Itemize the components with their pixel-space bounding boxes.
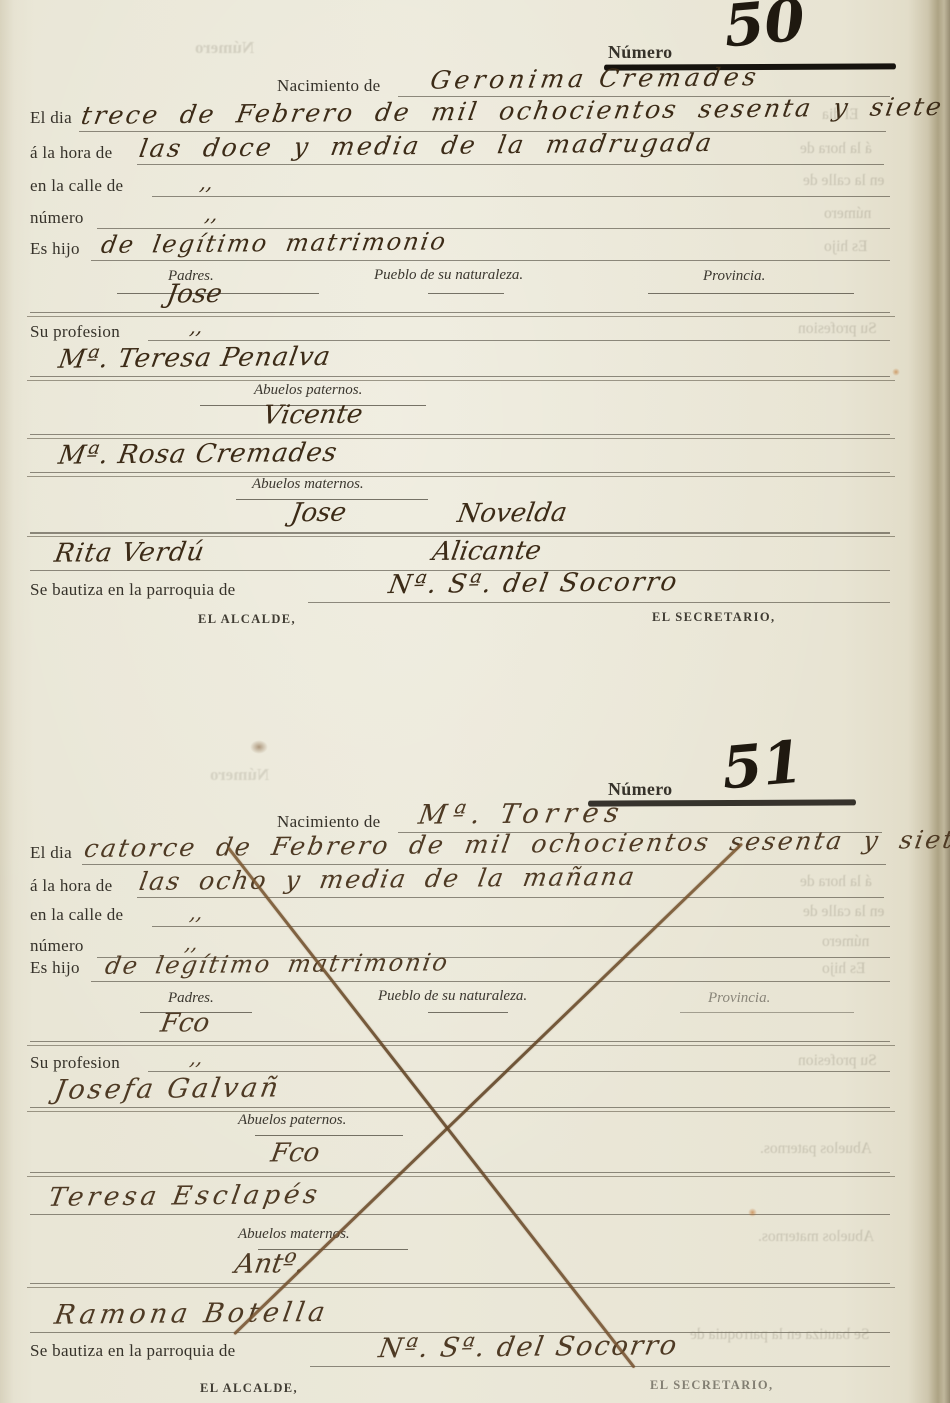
- showthrough-es-hijo: Es hijo: [822, 960, 866, 978]
- parroquia-handwriting: Nª. Sª. del Socorro: [310, 1332, 680, 1366]
- madre-handwriting: Josefa Galvañ: [30, 1074, 283, 1107]
- birth-record-51: Número 51 Nacimiento de Mª. Torres El di…: [0, 0, 950, 1403]
- nacimiento-label: Nacimiento de: [277, 812, 381, 832]
- fecha-handwriting: catorce de Febrero de mil ochocientos se…: [82, 827, 950, 864]
- calle-ditto-marks: ,,: [152, 902, 205, 926]
- es-hijo-label: Es hijo: [30, 958, 80, 978]
- showthrough-bautiza: Se bautiza en la parroquia de: [690, 1326, 869, 1344]
- showthrough-profesion: Su profesion: [798, 1052, 877, 1070]
- es-hijo-handwriting: de legítimo matrimonio: [91, 950, 451, 981]
- abuelo-paterno-handwriting: Fco: [30, 1140, 322, 1172]
- alcalde-signature-label: EL ALCALDE,: [200, 1381, 298, 1396]
- padre-field: Fco: [30, 1002, 890, 1042]
- birth-register-page: Número 50 Nacimiento de Geronima Cremade…: [0, 0, 950, 1403]
- showthrough-calle: en la calle de: [803, 903, 884, 921]
- showthrough-hora: á la hora de: [800, 873, 872, 891]
- madre-field: Josefa Galvañ: [30, 1068, 890, 1108]
- abuela-paterna-field: Teresa Esclapés: [30, 1176, 890, 1215]
- hora-handwriting: las ocho y media de la mañana: [137, 864, 638, 897]
- showthrough-numero-casa: número: [822, 933, 869, 951]
- showthrough-abuelos-maternos: Abuelos maternos.: [758, 1228, 874, 1246]
- abuelo-materno-field: Antº.: [30, 1240, 890, 1284]
- el-dia-label: El dia: [30, 843, 72, 863]
- numero-casa-label: número: [30, 936, 84, 956]
- showthrough-abuelos-paternos: Abuelos paternos.: [760, 1140, 872, 1158]
- abuelo-materno-handwriting: Antº.: [30, 1250, 306, 1283]
- es-hijo-field: de legítimo matrimonio: [91, 949, 890, 982]
- hora-field: las ocho y media de la mañana: [137, 864, 884, 898]
- bautiza-label: Se bautiza en la parroquia de: [30, 1341, 236, 1361]
- secretario-signature-label: EL SECRETARIO,: [650, 1378, 774, 1393]
- record-number: 51: [720, 733, 805, 798]
- hora-label: á la hora de: [30, 876, 112, 896]
- abuela-paterna-handwriting: Teresa Esclapés: [30, 1182, 323, 1214]
- calle-label: en la calle de: [30, 905, 123, 925]
- fecha-field: catorce de Febrero de mil ochocientos se…: [82, 830, 886, 865]
- child-name-handwriting: Mª. Torres: [398, 800, 627, 832]
- padre-handwriting: Fco: [30, 1010, 211, 1041]
- calle-field: ,,: [152, 896, 890, 927]
- abuelos-paternos-header: Abuelos paternos.: [238, 1112, 346, 1129]
- abuela-materna-handwriting: Ramona Botella: [30, 1299, 331, 1332]
- showthrough-numero: Número: [210, 765, 269, 785]
